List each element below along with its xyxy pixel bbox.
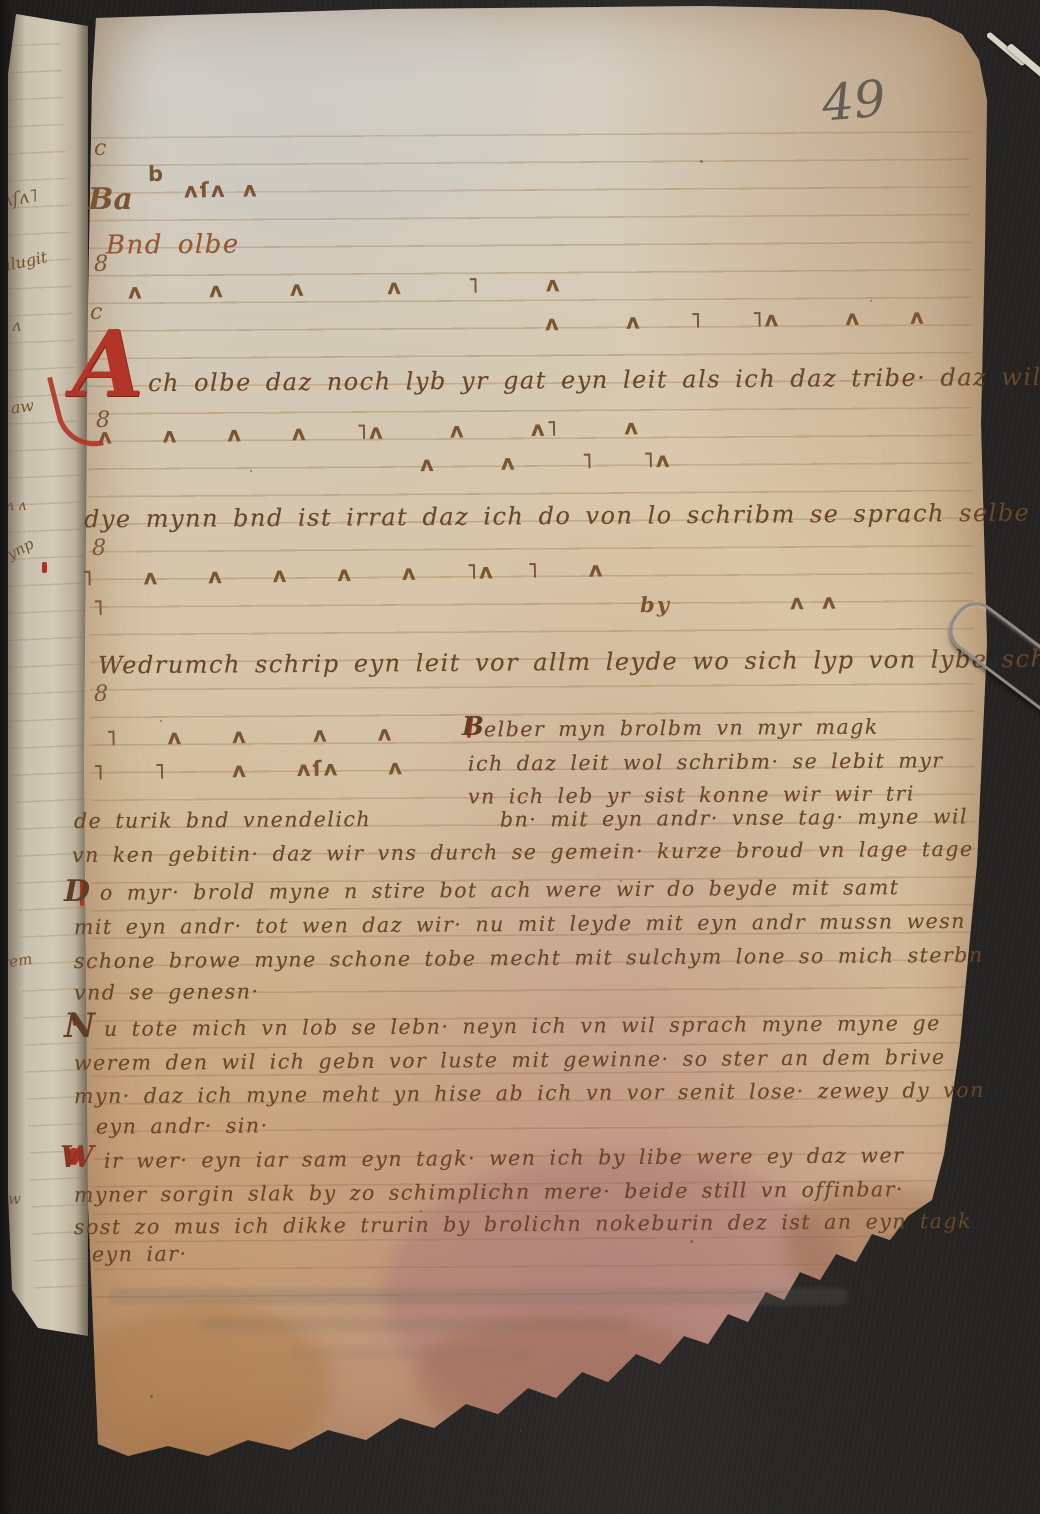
ink-speck bbox=[150, 1395, 153, 1398]
bleedthrough-text bbox=[107, 1288, 849, 1305]
ink-speck bbox=[870, 300, 872, 302]
opening-words: Bnd olbe bbox=[106, 230, 240, 261]
neume-row: b bbox=[148, 162, 165, 186]
column-line: elber myn brolbm vn myr magk bbox=[484, 715, 879, 742]
column-line: ich daz leit wol schribm· se lebit myr bbox=[468, 748, 944, 775]
ink-speck bbox=[620, 880, 622, 882]
neume-row: ˥ bbox=[93, 596, 106, 620]
page-edge-sliver bbox=[986, 31, 1027, 66]
paragraph-initial: B bbox=[462, 712, 484, 742]
neume-row: ˥ ʌ ʌ ʌ ʌ bbox=[106, 721, 394, 750]
paragraph-line: vnd se genesn· bbox=[74, 979, 260, 1004]
ink-speck bbox=[520, 1430, 522, 1432]
neume-row: ʌ ʌ bbox=[790, 590, 838, 615]
ink-speck bbox=[700, 160, 703, 163]
bleedthrough-text bbox=[289, 1348, 530, 1359]
margin-fragment: w bbox=[8, 1190, 21, 1208]
paragraph-initial: W bbox=[60, 1140, 94, 1175]
manuscript-scan: ʌſʌ˥ ulugit ʌ r aw ʌ ʌ eynp rem w 49 c B… bbox=[0, 0, 1040, 1514]
clef-letter: Ba bbox=[88, 182, 133, 217]
neume-row: by bbox=[640, 592, 671, 618]
paragraph-line: eyn andr· sin· bbox=[96, 1113, 269, 1138]
rubrication-mark bbox=[42, 562, 47, 573]
ink-speck bbox=[250, 470, 252, 472]
folio-number: 49 bbox=[820, 69, 888, 132]
ink-speck bbox=[160, 720, 162, 722]
clef-letter: c bbox=[94, 136, 106, 161]
clef-letter: 8 bbox=[94, 682, 108, 707]
paragraph-initial: N bbox=[64, 1006, 95, 1046]
burn-stain bbox=[414, 1314, 714, 1444]
paragraph-line: eyn iar· bbox=[92, 1242, 188, 1267]
neume-row: ʌ ʌ ˥ ˥ʌ bbox=[420, 448, 672, 476]
margin-fragment: ʌ bbox=[12, 316, 21, 335]
neume-row: ʌſʌ ʌ bbox=[184, 177, 259, 202]
ink-speck bbox=[420, 1210, 422, 1212]
burn-stain bbox=[784, 1184, 974, 1304]
red-initial-A: A bbox=[72, 318, 143, 410]
column-line: bn· mit eyn andr· vnse tag· myne wil bbox=[500, 804, 968, 831]
ink-speck bbox=[690, 1240, 693, 1243]
bleedthrough-text bbox=[199, 1318, 630, 1331]
previous-page-edge: ʌſʌ˥ ulugit ʌ r aw ʌ ʌ eynp rem w bbox=[8, 14, 88, 1336]
margin-fragment: ʌ ʌ bbox=[6, 498, 26, 514]
clef-letter: 8 bbox=[92, 536, 106, 561]
column-line: de turik bnd vnendelich bbox=[74, 807, 371, 833]
paragraph-initial: D bbox=[64, 874, 90, 909]
ink-speck bbox=[905, 520, 908, 523]
